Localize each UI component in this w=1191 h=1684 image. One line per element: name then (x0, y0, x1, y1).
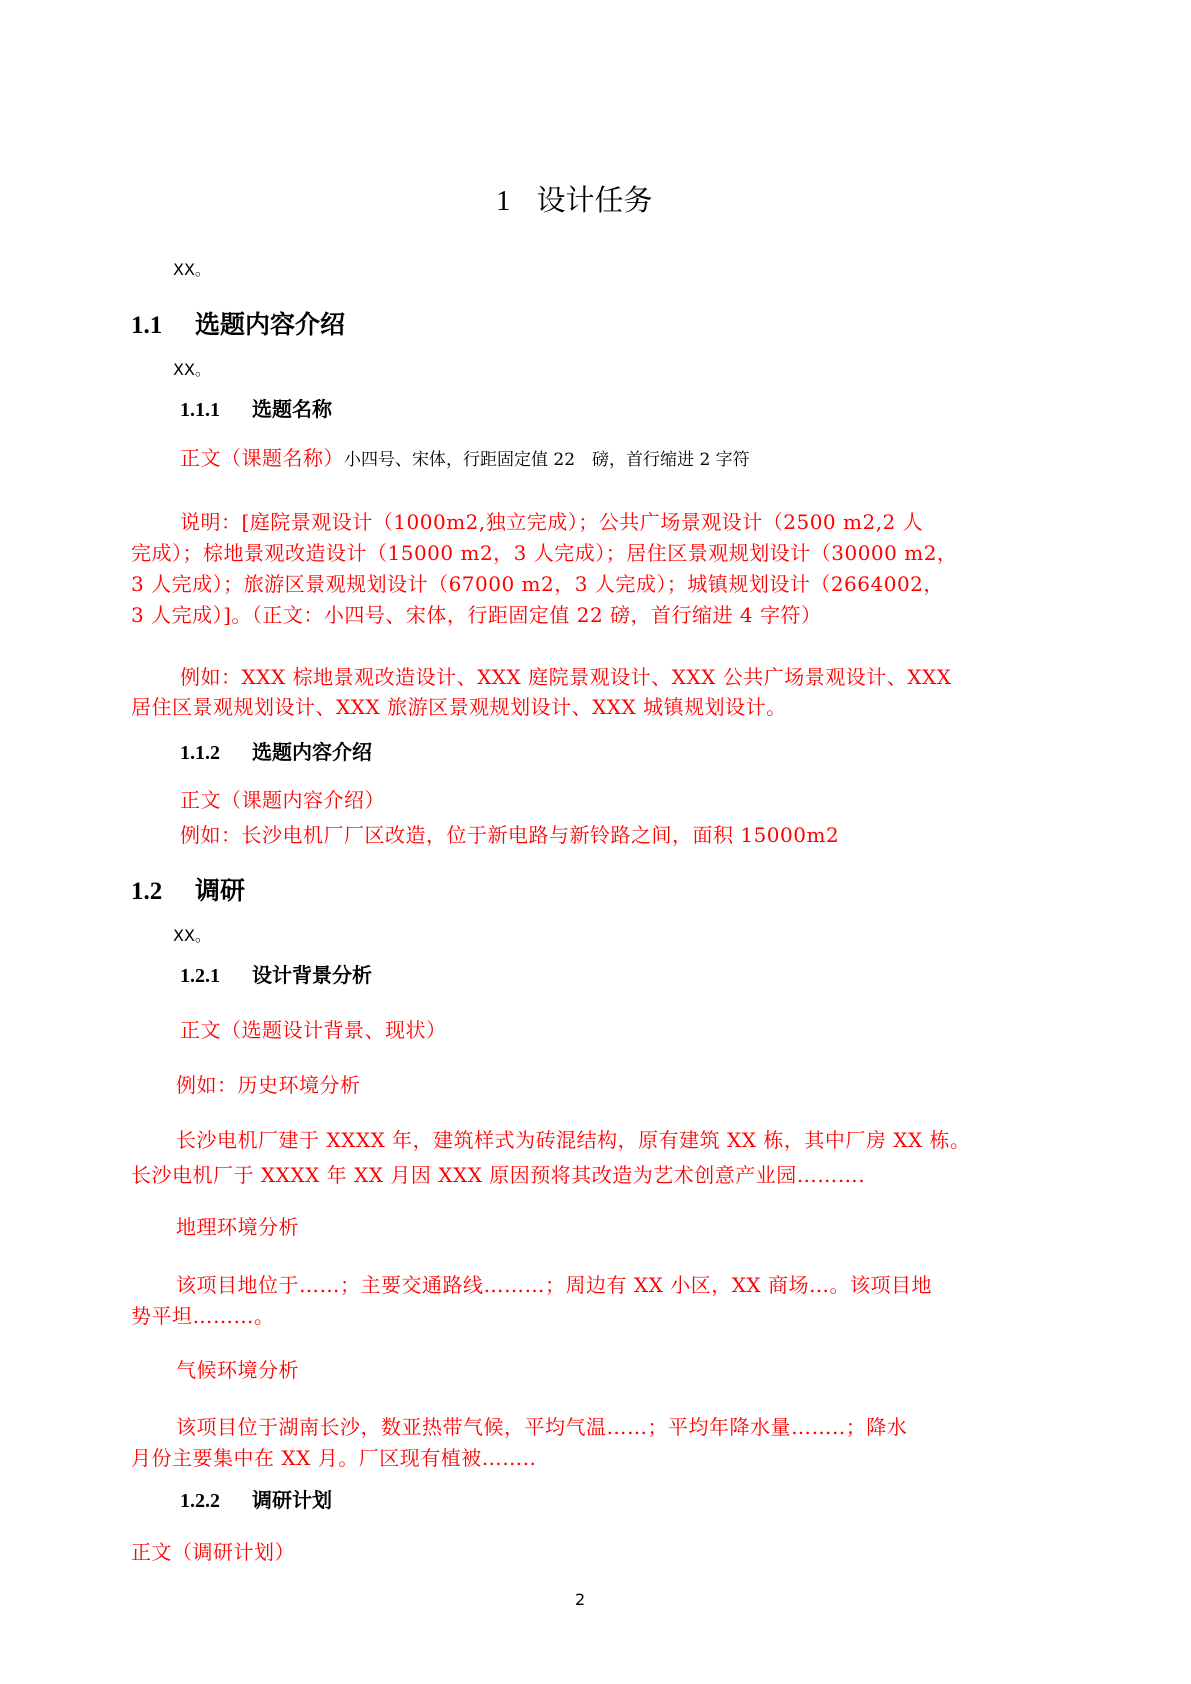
example-line: 例如：长沙电机厂厂区改造，位于新电路与新铃路之间，面积 15000m2 (180, 825, 839, 845)
body-black-text: 小四号、宋体，行距固定值 22 磅，首行缩进 2 字符 (344, 450, 750, 470)
chapter-title-text: 设计任务 (537, 183, 653, 217)
geo-label: 地理环境分析 (176, 1217, 299, 1237)
history-line: 长沙电机厂建于 XXXX 年，建筑样式为砖混结构，原有建筑 XX 栋，其中厂房 … (176, 1130, 971, 1150)
subsection-heading-1-2-2: 1.2.2调研计划 (180, 1490, 332, 1511)
subsection-heading-1-2-1: 1.2.1设计背景分析 (180, 965, 372, 986)
subsection-number: 1.1.2 (180, 743, 252, 763)
page-number: 2 (575, 1592, 585, 1608)
subsection-number: 1.2.1 (180, 966, 252, 986)
note-line: 3 人完成）；旅游区景观规划设计（67000 m2，3 人完成）；城镇规划设计（… (131, 574, 944, 594)
chapter-number: 1 (496, 185, 511, 217)
placeholder-text: XX。 (173, 262, 211, 278)
climate-line: 月份主要集中在 XX 月。厂区现有植被…….. (131, 1448, 536, 1468)
section-heading-1-2: 1.2调研 (131, 878, 245, 904)
body-instruction: 正文（选题设计背景、现状） (180, 1020, 447, 1040)
subsection-number: 1.2.2 (180, 1491, 252, 1511)
history-line: 长沙电机厂于 XXXX 年 XX 月因 XXX 原因预将其改造为艺术创意产业园…… (131, 1165, 865, 1185)
section-heading-1-1: 1.1选题内容介绍 (131, 312, 345, 338)
body-instruction: 正文（课题名称）小四号、宋体，行距固定值 22 磅，首行缩进 2 字符 (180, 448, 750, 469)
subsection-heading-1-1-2: 1.1.2选题内容介绍 (180, 742, 372, 763)
subsection-title: 选题名称 (252, 397, 332, 421)
body-instruction: 正文（课题内容介绍） (180, 790, 385, 810)
body-instruction: 正文（调研计划） (131, 1542, 295, 1562)
example-line: 居住区景观规划设计、XXX 旅游区景观规划设计、XXX 城镇规划设计。 (131, 697, 787, 717)
subsection-title: 调研计划 (252, 1488, 332, 1512)
subsection-title: 设计背景分析 (252, 963, 372, 987)
subsection-title: 选题内容介绍 (252, 740, 372, 764)
geo-line: 该项目地位于……；主要交通路线………；周边有 XX 小区，XX 商场…。该项目地 (176, 1275, 932, 1295)
subsection-heading-1-1-1: 1.1.1选题名称 (180, 399, 332, 420)
section-title: 调研 (195, 876, 245, 905)
subsection-number: 1.1.1 (180, 400, 252, 420)
section-number: 1.1 (131, 313, 195, 338)
note-line: 完成）；棕地景观改造设计（15000 m2，3 人完成）；居住区景观规划设计（3… (131, 543, 957, 563)
note-line: 3 人完成）]。（正文：小四号、宋体，行距固定值 22 磅，首行缩进 4 字符） (131, 605, 822, 625)
placeholder-text: XX。 (173, 362, 211, 378)
section-number: 1.2 (131, 879, 195, 904)
note-line: 说明：[庭院景观设计（1000m2,独立完成）；公共广场景观设计（2500 m2… (180, 512, 923, 532)
body-red-text: 正文（课题名称） (180, 446, 344, 470)
climate-label: 气候环境分析 (176, 1360, 299, 1380)
example-line: 例如：XXX 棕地景观改造设计、XXX 庭院景观设计、XXX 公共广场景观设计、… (180, 667, 951, 687)
placeholder-text: XX。 (173, 928, 211, 944)
section-title: 选题内容介绍 (195, 310, 345, 339)
climate-line: 该项目位于湖南长沙，数亚热带气候，平均气温……；平均年降水量……..；降水 (176, 1417, 907, 1437)
history-label: 例如：历史环境分析 (176, 1075, 361, 1095)
geo-line: 势平坦………。 (131, 1306, 275, 1326)
chapter-title: 1设计任务 (496, 186, 653, 216)
